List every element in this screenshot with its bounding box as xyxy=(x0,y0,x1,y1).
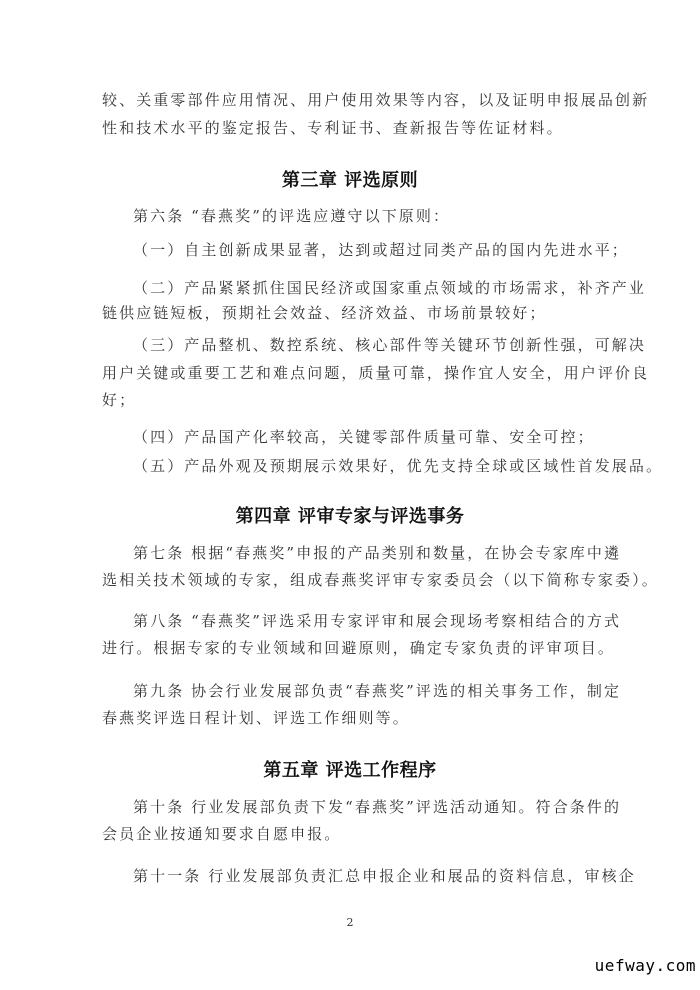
article-11: 第十一条 行业发展部负责汇总申报企业和展品的资料信息，审核企 xyxy=(133,864,622,888)
principle-2-cont: 链供应链短板，预期社会效益、经济效益、市场前景较好； xyxy=(102,301,622,325)
article-10-cont: 会员企业按通知要求自愿申报。 xyxy=(102,822,622,846)
watermark: uefway.com xyxy=(595,956,696,975)
principle-3-cont: 好； xyxy=(102,388,622,412)
principle-3: （三）产品整机、数控系统、核心部件等关键环节创新性强，可解决 xyxy=(133,333,622,357)
article-8-cont: 进行。根据专家的专业领域和回避原则，确定专家负责的评审项目。 xyxy=(102,636,622,660)
paragraph-line: 性和技术水平的鉴定报告、专利证书、查新报告等佐证材料。 xyxy=(102,116,622,140)
article-8: 第八条 “春燕奖”评选采用专家评审和展会现场考察相结合的方式 xyxy=(133,609,622,633)
paragraph-line: 较、关重零部件应用情况、用户使用效果等内容，以及证明申报展品创新 xyxy=(102,88,622,112)
article-10: 第十条 行业发展部负责下发“春燕奖”评选活动通知。符合条件的 xyxy=(133,795,622,819)
chapter-3-title: 第三章 评选原则 xyxy=(0,168,700,194)
article-7-cont: 选相关技术领域的专家，组成春燕奖评审专家委员会（以下简称专家委）。 xyxy=(102,568,622,592)
chapter-5-title: 第五章 评选工作程序 xyxy=(0,758,700,784)
principle-5: （五）产品外观及预期展示效果好，优先支持全球或区域性首发展品。 xyxy=(133,454,622,478)
article-6: 第六条 “春燕奖”的评选应遵守以下原则： xyxy=(133,204,622,228)
principle-2: （二）产品紧紧抓住国民经济或国家重点领域的市场需求，补齐产业 xyxy=(133,276,622,300)
principle-1: （一）自主创新成果显著，达到或超过同类产品的国内先进水平； xyxy=(133,238,622,262)
article-7: 第七条 根据“春燕奖”申报的产品类别和数量，在协会专家库中遴 xyxy=(133,541,622,565)
principle-4: （四）产品国产化率较高，关键零部件质量可靠、安全可控； xyxy=(133,425,622,449)
page-number: 2 xyxy=(340,916,360,929)
article-9-cont: 春燕奖评选日程计划、评选工作细则等。 xyxy=(102,706,622,730)
article-9: 第九条 协会行业发展部负责“春燕奖”评选的相关事务工作，制定 xyxy=(133,679,622,703)
principle-3-cont: 用户关键或重要工艺和难点问题，质量可靠，操作宜人安全，用户评价良 xyxy=(102,361,622,385)
chapter-4-title: 第四章 评审专家与评选事务 xyxy=(0,504,700,530)
